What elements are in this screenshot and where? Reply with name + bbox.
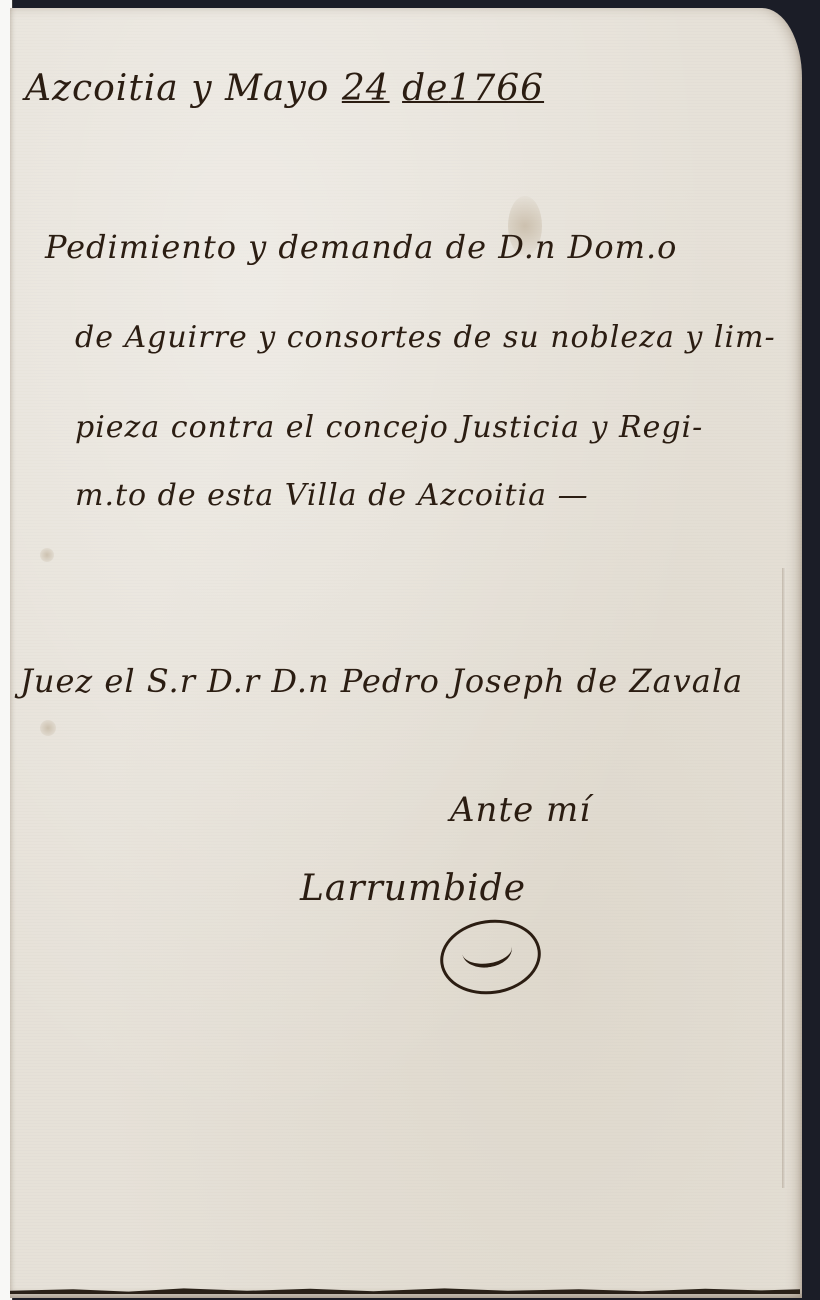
header-day: 24: [342, 68, 390, 109]
body-line-4: m.to de esta Villa de Azcoitia —: [75, 478, 589, 513]
body-line-2: de Aguirre y consortes de su nobleza y l…: [75, 320, 776, 355]
header-year-prefix: de: [402, 68, 448, 109]
rubric-inner-stroke: [460, 930, 514, 971]
header-conjunction: y: [191, 68, 212, 109]
signature-title: Ante mí: [450, 790, 591, 830]
body-line-1: Pedimiento y demanda de D.n Dom.o: [45, 228, 677, 266]
header-month: Mayo: [225, 68, 329, 109]
paper-spot: [40, 720, 56, 736]
header-place: Azcoitia: [25, 68, 179, 109]
header-place-date: Azcoitia y Mayo 24 de1766: [25, 68, 544, 109]
manuscript-page: [10, 8, 802, 1298]
header-year: 1766: [448, 68, 544, 109]
signature-name: Larrumbide: [300, 868, 526, 909]
page-fold-crease: [782, 568, 786, 1188]
paper-spot: [40, 548, 54, 562]
judge-line: Juez el S.r D.r D.n Pedro Joseph de Zava…: [20, 662, 743, 700]
body-line-3: pieza contra el concejo Justicia y Regi-: [75, 410, 703, 445]
